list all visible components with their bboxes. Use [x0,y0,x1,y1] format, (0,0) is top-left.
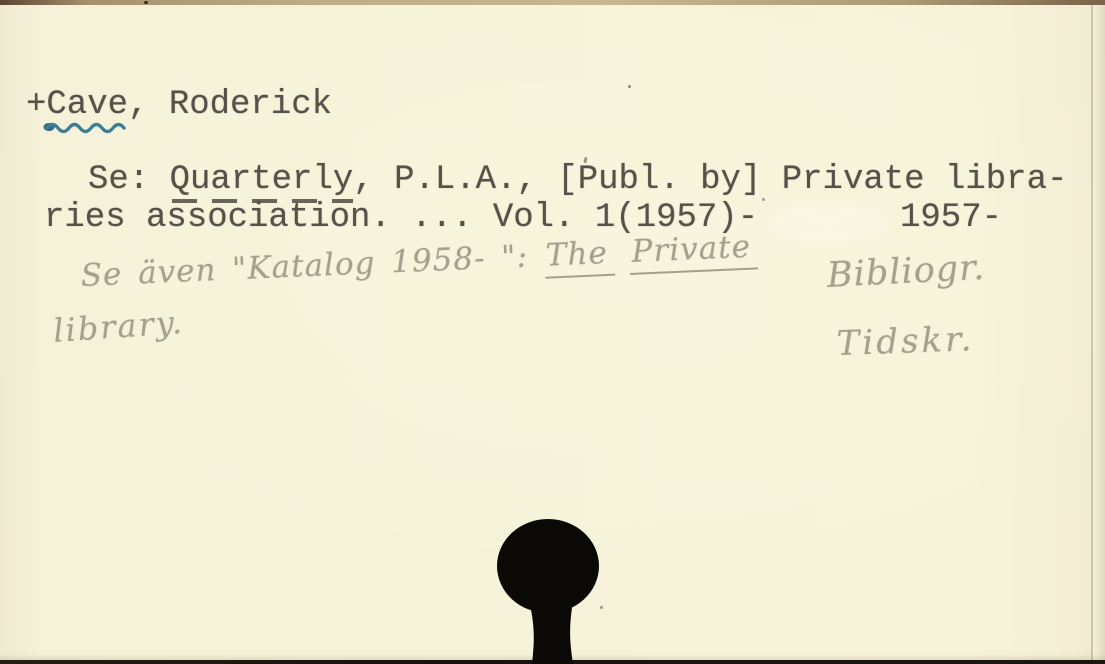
pencil-note-underlined-private: Private [629,228,758,275]
scan-speckle [762,198,765,201]
author-heading: +Cave, Roderick [26,88,332,122]
wavy-underline-icon [43,119,135,135]
typed-line-2: ries association. ... Vol. 1(1957)- [44,201,758,235]
pencil-note-line-1: Se även "Katalog 1958- ": The Private [80,228,758,293]
typed-line-1: Se: Quarterly, P.L.A., [Publ. by] Privat… [88,163,1067,197]
catalog-card: +Cave, Roderick Se: Quarterly, P.L.A., [… [0,0,1105,664]
year-holdings: 1957- [900,201,1002,235]
typed-line-1-rest: , P.L.A., [Publ. by] Private libra- [353,161,1067,199]
catalog-rod-hole-icon [480,508,620,664]
scan-speckle [144,1,148,4]
pencil-category-bibliogr: Bibliogr. [826,248,986,296]
card-top-edge [0,0,1105,5]
see-reference-label: Se: [88,161,170,199]
pencil-category-tidskr: Tidskr. [836,319,975,364]
pencil-note-space [613,234,630,271]
scan-speckle [600,606,603,609]
pencil-note-prefix: Se även "Katalog 1958- ": [80,238,545,294]
eraser-smudge [768,204,886,242]
title-underlined: Quarterly [170,163,354,203]
card-right-edge-shade [1093,5,1105,660]
pencil-note-underlined-the: The [543,235,615,279]
pencil-note-line-2: library. [52,303,185,350]
scan-speckle [628,85,631,88]
